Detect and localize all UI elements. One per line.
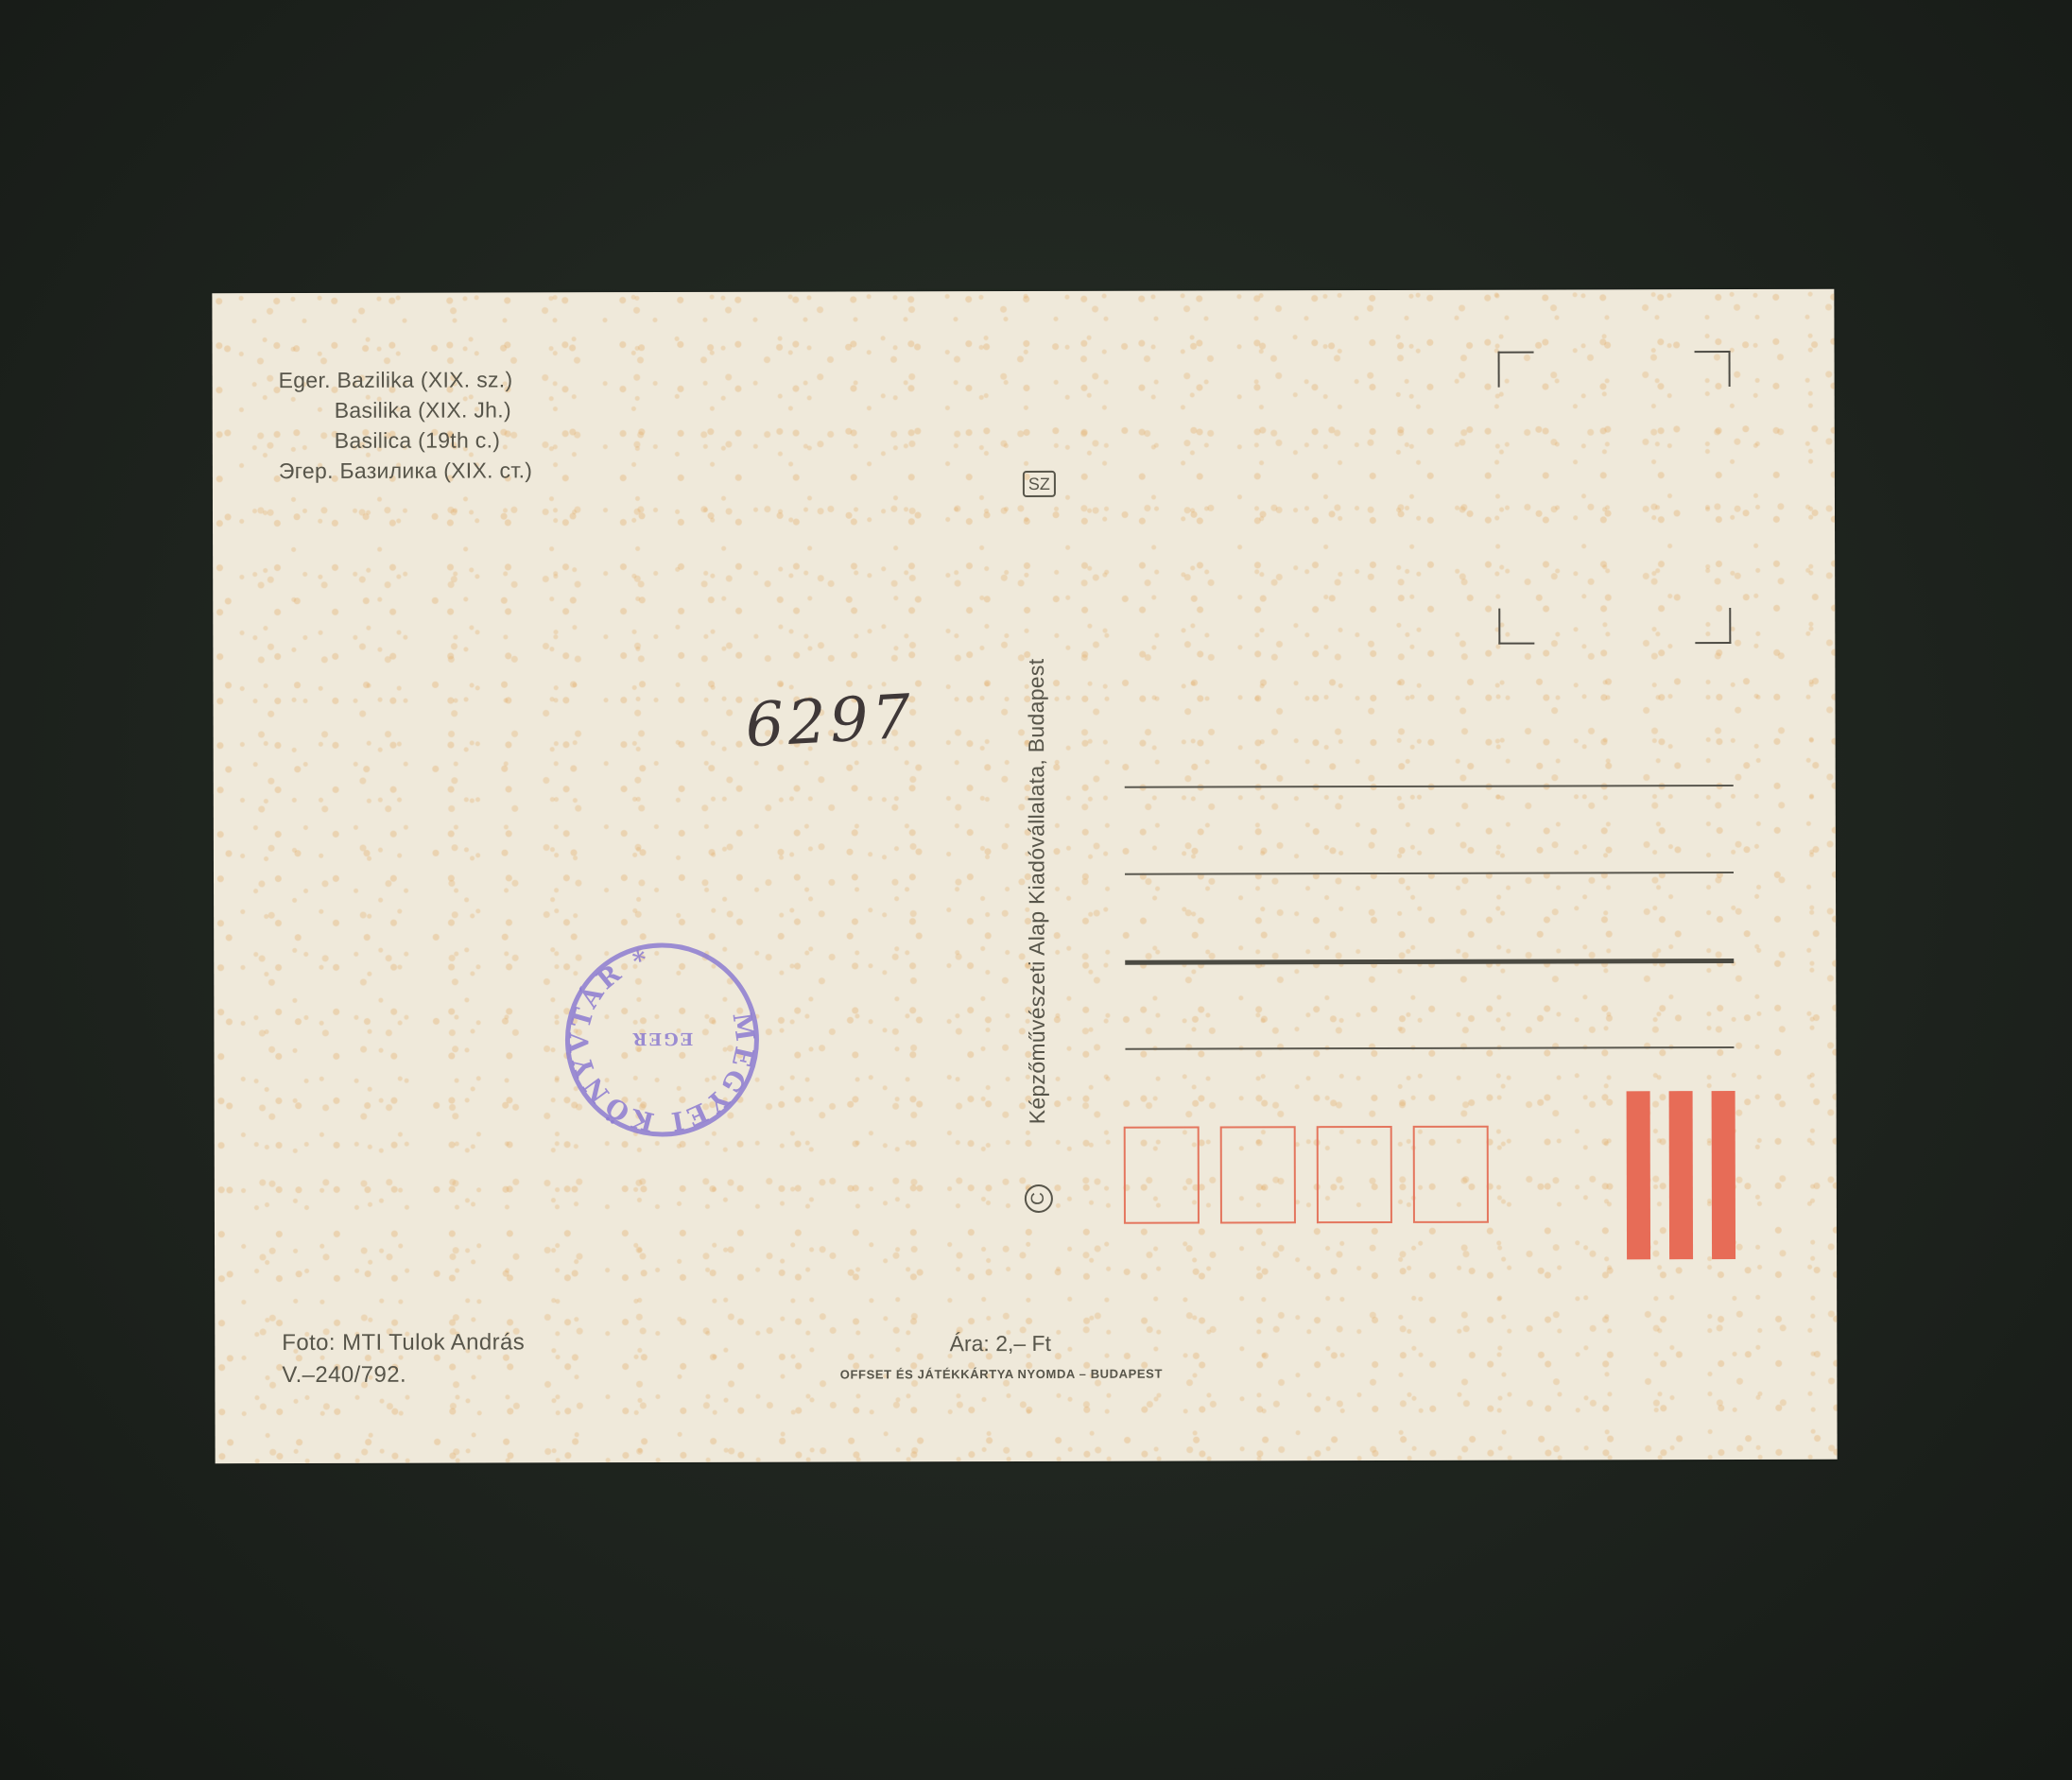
caption-russian: Эгер. Базилика (XIX. ст.) bbox=[279, 455, 532, 486]
postcode-box bbox=[1220, 1126, 1296, 1223]
printer-text: OFFSET ÉS JÁTÉKKÁRTYA NYOMDA – BUDAPEST bbox=[840, 1367, 1163, 1382]
caption: Eger. Bazilika (XIX. sz.) Basilika (XIX.… bbox=[279, 364, 533, 486]
printer: OFFSET ÉS JÁTÉKKÁRTYA NYOMDA – BUDAPEST bbox=[215, 1365, 1837, 1383]
corner-mark-icon bbox=[1695, 351, 1731, 387]
handwritten-number: 6297 bbox=[744, 683, 917, 762]
address-line-city bbox=[1125, 959, 1734, 965]
copyright-icon: C bbox=[1025, 1184, 1053, 1213]
price-text: Ára: 2,– Ft bbox=[950, 1331, 1051, 1357]
publisher-name: Képzőművészeti Alap Kiadóvállalata, Buda… bbox=[1024, 659, 1050, 1125]
postcode-box bbox=[1413, 1126, 1489, 1223]
address-line bbox=[1125, 1046, 1734, 1050]
corner-mark-icon bbox=[1498, 609, 1534, 645]
library-stamp: MEGYEI KÖNYVTÁR * EGER bbox=[561, 939, 764, 1142]
postcode-box bbox=[1124, 1127, 1200, 1224]
postage-stamp-area bbox=[1498, 351, 1732, 645]
postcode-boxes bbox=[1124, 1126, 1489, 1224]
caption-german: Basilika (XIX. Jh.) bbox=[279, 394, 532, 425]
corner-mark-icon bbox=[1695, 608, 1731, 644]
address-line bbox=[1125, 872, 1734, 875]
red-bar bbox=[1712, 1091, 1735, 1259]
postal-code-bars bbox=[1627, 1091, 1735, 1259]
postcard: Eger. Bazilika (XIX. sz.) Basilika (XIX.… bbox=[212, 289, 1837, 1463]
caption-hungarian: Eger. Bazilika (XIX. sz.) bbox=[279, 364, 532, 395]
postcode-box bbox=[1317, 1126, 1392, 1223]
red-bar bbox=[1669, 1091, 1693, 1259]
sz-badge-icon: SZ bbox=[1023, 471, 1056, 497]
library-stamp-icon: MEGYEI KÖNYVTÁR * EGER bbox=[561, 939, 764, 1142]
red-bar bbox=[1627, 1091, 1650, 1259]
address-line bbox=[1125, 785, 1734, 788]
publisher-block: SZ Képzőművészeti Alap Kiadóvállalata, B… bbox=[1016, 471, 1060, 1246]
price: Ára: 2,– Ft bbox=[215, 1329, 1837, 1358]
corner-mark-icon bbox=[1498, 352, 1534, 388]
stamp-center-text: EGER bbox=[631, 1028, 694, 1048]
caption-english: Basilica (19th c.) bbox=[279, 424, 532, 456]
